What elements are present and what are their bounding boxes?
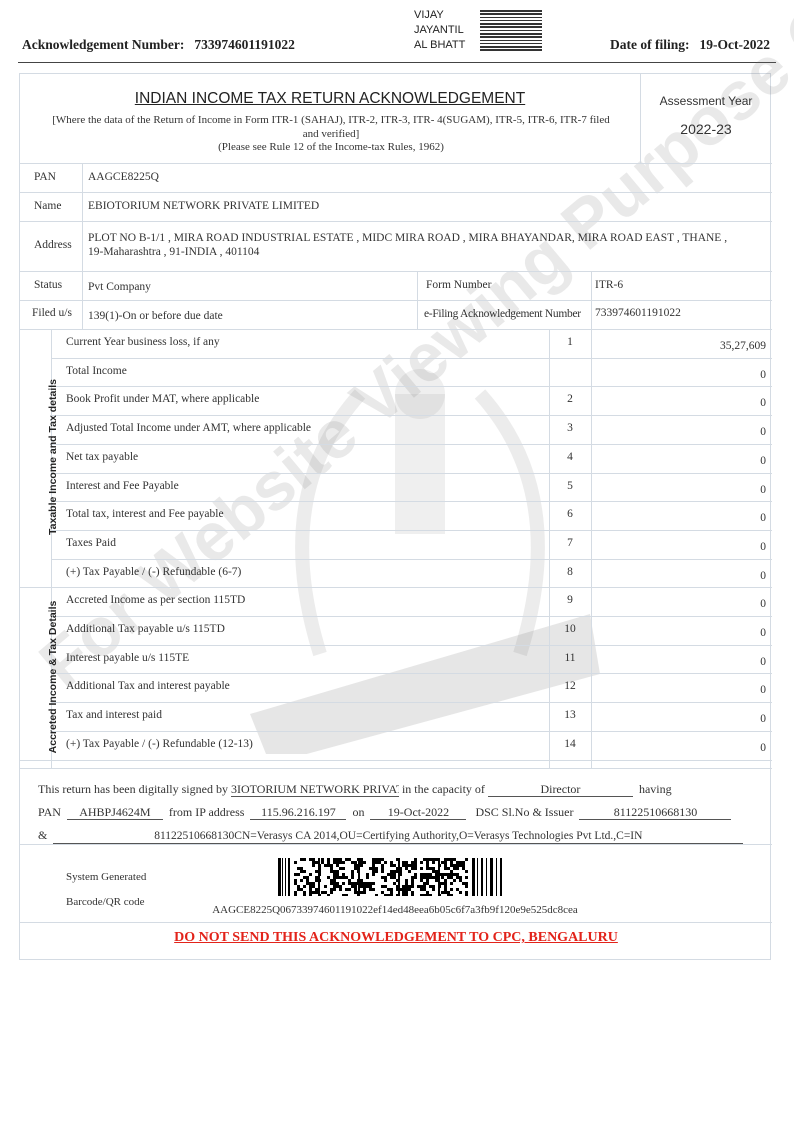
address-line: 19-Maharashtra , 91-INDIA , 401104 bbox=[88, 245, 727, 259]
row-description: Accreted Income as per section 115TD bbox=[66, 594, 245, 606]
date-label: Date of filing: bbox=[610, 37, 689, 52]
row-description: Tax and interest paid bbox=[66, 709, 162, 721]
row-number: 10 bbox=[550, 623, 590, 635]
row-description: Interest and Fee Payable bbox=[66, 480, 179, 492]
address-label: Address bbox=[34, 239, 72, 251]
efiling-ack-label: e-Filing Acknowledgement Number bbox=[424, 308, 581, 320]
assessment-year-label: Assessment Year bbox=[640, 94, 772, 108]
row-value: 0 bbox=[760, 656, 766, 668]
ip-address-value: 115.96.216.197 bbox=[250, 806, 346, 820]
row-description: Taxes Paid bbox=[66, 537, 116, 549]
row-description: (+) Tax Payable / (-) Refundable (12-13) bbox=[66, 738, 253, 750]
declaration-line-3: & 81122510668130CN=Verasys CA 2014,OU=Ce… bbox=[38, 828, 743, 844]
form-title: INDIAN INCOME TAX RETURN ACKNOWLEDGEMENT bbox=[20, 90, 640, 108]
row-value: 0 bbox=[760, 570, 766, 582]
row-number: 12 bbox=[550, 680, 590, 692]
signer-pan-value: AHBPJ4624M bbox=[67, 806, 163, 820]
subtitle-line: (Please see Rule 12 of the Income-tax Ru… bbox=[34, 141, 628, 155]
row-value: 0 bbox=[760, 397, 766, 409]
address-value: PLOT NO B-1/1 , MIRA ROAD INDUSTRIAL EST… bbox=[88, 231, 727, 259]
decl-text: having bbox=[639, 782, 672, 796]
name-value: EBIOTORIUM NETWORK PRIVATE LIMITED bbox=[88, 200, 319, 212]
barcode-value: AAGCE8225Q06733974601191022ef14ed48eea6b… bbox=[170, 904, 620, 916]
capacity-value: Director bbox=[488, 783, 633, 797]
row-value: 0 bbox=[760, 512, 766, 524]
row-value: 0 bbox=[760, 713, 766, 725]
cpc-warning: DO NOT SEND THIS ACKNOWLEDGEMENT TO CPC,… bbox=[20, 930, 772, 946]
address-line: PLOT NO B-1/1 , MIRA ROAD INDUSTRIAL EST… bbox=[88, 231, 727, 245]
declaration-line-1: This return has been digitally signed by… bbox=[38, 782, 672, 797]
row-number: 14 bbox=[550, 738, 590, 750]
signer-name-line: JAYANTIL bbox=[414, 23, 474, 38]
accreted-section-label: Accreted Income & Tax Details bbox=[47, 572, 59, 782]
row-description: Total Income bbox=[66, 365, 127, 377]
decl-text: from IP address bbox=[169, 805, 245, 819]
decl-text: in the capacity of bbox=[402, 782, 485, 796]
status-label: Status bbox=[34, 279, 62, 291]
row-description: Additional Tax and interest payable bbox=[66, 680, 230, 692]
row-description: Adjusted Total Income under AMT, where a… bbox=[66, 422, 311, 434]
system-generated-label: System Generated bbox=[66, 871, 146, 883]
row-value: 35,27,609 bbox=[720, 340, 766, 352]
pan-value: AAGCE8225Q bbox=[88, 171, 159, 183]
acknowledgement-number: Acknowledgement Number:733974601191022 bbox=[22, 37, 295, 53]
row-number: 8 bbox=[550, 566, 590, 578]
row-value: 0 bbox=[760, 742, 766, 754]
signer-name-line: AL BHATT bbox=[414, 38, 474, 53]
declaration-line-2: PAN AHBPJ4624M from IP address 115.96.21… bbox=[38, 805, 731, 820]
efiling-ack-value: 733974601191022 bbox=[595, 307, 681, 319]
row-description: Current Year business loss, if any bbox=[66, 336, 220, 348]
row-number: 11 bbox=[550, 652, 590, 664]
row-description: (+) Tax Payable / (-) Refundable (6-7) bbox=[66, 566, 241, 578]
decl-text: DSC Sl.No & Issuer bbox=[475, 805, 573, 819]
signature-details-icon bbox=[480, 10, 542, 53]
pan-label: PAN bbox=[34, 171, 56, 183]
signer-name: VIJAY JAYANTIL AL BHATT bbox=[414, 8, 474, 53]
barcode-label: Barcode/QR code bbox=[66, 896, 145, 908]
decl-text: This return has been digitally signed by bbox=[38, 782, 228, 796]
row-value: 0 bbox=[760, 684, 766, 696]
row-description: Book Profit under MAT, where applicable bbox=[66, 393, 259, 405]
row-value: 0 bbox=[760, 598, 766, 610]
acknowledgement-form: For Website Viewing Purpose Only INDIAN … bbox=[19, 73, 771, 960]
row-number: 4 bbox=[550, 451, 590, 463]
row-number: 1 bbox=[550, 336, 590, 348]
row-value: 0 bbox=[760, 369, 766, 381]
row-description: Net tax payable bbox=[66, 451, 138, 463]
ack-value: 733974601191022 bbox=[194, 37, 295, 52]
assessment-year-value: 2022-23 bbox=[640, 121, 772, 137]
taxable-section-label: Taxable Income and Tax details bbox=[47, 342, 59, 572]
name-label: Name bbox=[34, 200, 61, 212]
signed-date-value: 19-Oct-2022 bbox=[370, 806, 466, 820]
row-number: 5 bbox=[550, 480, 590, 492]
row-value: 0 bbox=[760, 426, 766, 438]
decl-text: PAN bbox=[38, 805, 61, 819]
row-number: 2 bbox=[550, 393, 590, 405]
barcode-icon bbox=[278, 858, 508, 896]
dsc-serial-value: 81122510668130 bbox=[579, 806, 731, 820]
decl-text: & bbox=[38, 828, 47, 842]
document-header: Acknowledgement Number:733974601191022 D… bbox=[18, 0, 776, 63]
row-number: 6 bbox=[550, 508, 590, 520]
row-value: 0 bbox=[760, 455, 766, 467]
digital-signature-stamp: VIJAY JAYANTIL AL BHATT bbox=[414, 8, 534, 58]
row-value: 0 bbox=[760, 627, 766, 639]
row-number: 7 bbox=[550, 537, 590, 549]
filed-us-value: 139(1)-On or before due date bbox=[88, 310, 223, 322]
dsc-issuer-value: 81122510668130CN=Verasys CA 2014,OU=Cert… bbox=[53, 830, 743, 844]
form-number-label: Form Number bbox=[426, 279, 491, 291]
form-number-value: ITR-6 bbox=[595, 279, 623, 291]
row-description: Additional Tax payable u/s 115TD bbox=[66, 623, 225, 635]
decl-text: on bbox=[352, 805, 364, 819]
status-value: Pvt Company bbox=[88, 281, 151, 293]
subtitle-line: [Where the data of the Return of Income … bbox=[34, 114, 628, 128]
form-subtitle: [Where the data of the Return of Income … bbox=[34, 114, 628, 155]
row-number: 9 bbox=[550, 594, 590, 606]
signer-name-line: VIJAY bbox=[414, 8, 474, 23]
row-value: 0 bbox=[760, 541, 766, 553]
subtitle-line: and verified] bbox=[34, 128, 628, 142]
row-description: Interest payable u/s 115TE bbox=[66, 652, 189, 664]
ack-label: Acknowledgement Number: bbox=[22, 37, 184, 52]
signed-by-value: 3IOTORIUM NETWORK PRIVATE LIMITI bbox=[231, 783, 399, 797]
row-number: 3 bbox=[550, 422, 590, 434]
row-number: 13 bbox=[550, 709, 590, 721]
row-value: 0 bbox=[760, 484, 766, 496]
filed-us-label: Filed u/s bbox=[32, 307, 72, 319]
row-description: Total tax, interest and Fee payable bbox=[66, 508, 224, 520]
